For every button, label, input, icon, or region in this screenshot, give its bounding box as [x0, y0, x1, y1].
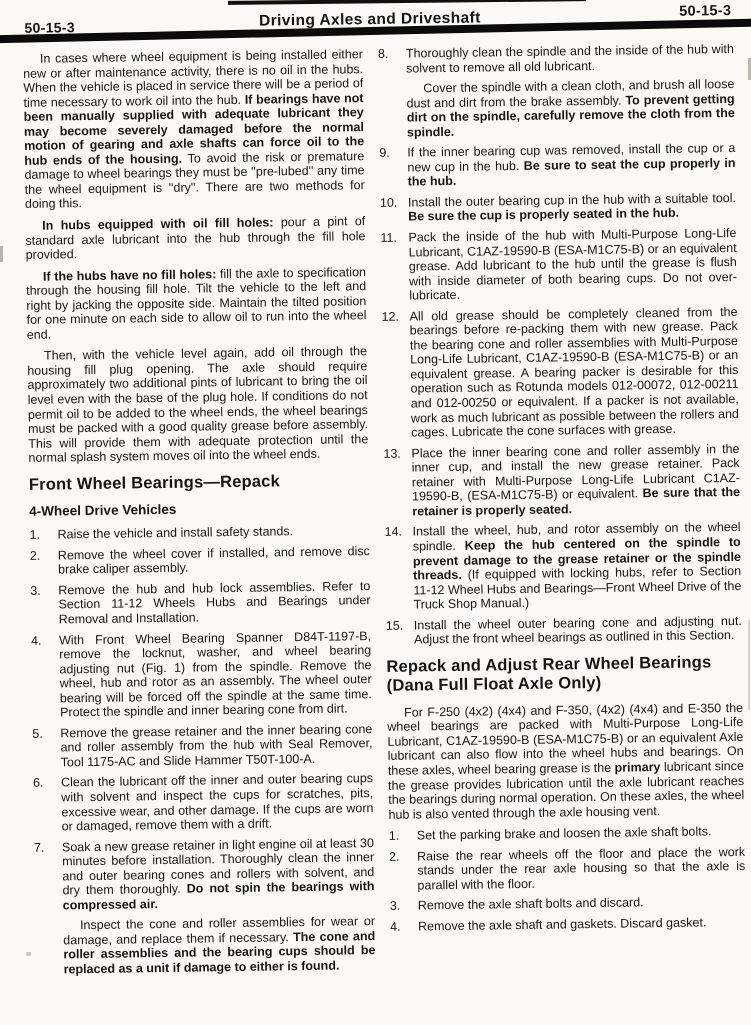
list-item-number: 3.: [390, 899, 418, 914]
list-item-text: Raise the rear wheels off the floor and …: [417, 845, 746, 893]
list-item: 8.Thoroughly clean the spindle and the i…: [378, 42, 735, 140]
header-page-number-right: 50-15-3: [679, 3, 731, 20]
numbered-list: 1.Set the parking brake and loosen the a…: [389, 824, 746, 934]
paragraph: Remove the hub and hub lock assemblies. …: [58, 579, 371, 627]
subsection-heading: 4-Wheel Drive Vehicles: [29, 499, 369, 520]
list-item-number: 2.: [389, 849, 418, 893]
list-item-number: 10.: [380, 195, 408, 224]
paragraph: All old grease should be completely clea…: [409, 305, 739, 440]
body-text: Remove the axle shaft and gaskets. Disca…: [418, 915, 707, 933]
paragraph: Remove the wheel cover if installed, and…: [58, 544, 370, 577]
list-item-number: 12.: [381, 309, 411, 440]
section-heading: Front Wheel Bearings—Repack: [29, 471, 369, 495]
paragraph: Then, with the vehicle level again, add …: [27, 344, 369, 465]
list-item-number: 2.: [30, 548, 58, 577]
page-header: 50-15-3 Driving Axles and Driveshaft 50-…: [0, 0, 746, 45]
body-text: Then, with the vehicle level again, add …: [27, 344, 368, 465]
list-item-text: With Front Wheel Bearing Spanner D84T-11…: [59, 629, 372, 721]
list-item-text: Remove the axle shaft bolts and discard.: [418, 894, 746, 913]
list-item: 1.Set the parking brake and loosen the a…: [389, 824, 745, 844]
paragraph: In hubs equipped with oil fill holes: po…: [25, 214, 366, 262]
body-text: Set the parking brake and loosen the axl…: [417, 824, 712, 842]
body-text: Install the outer bearing cup in the hub…: [408, 191, 736, 210]
body-text: Pack the inside of the hub with Multi-Pu…: [408, 226, 737, 303]
list-item-text: Remove the hub and hub lock assemblies. …: [58, 579, 371, 627]
paragraph: If the hubs have no fill holes: fill the…: [26, 265, 367, 342]
list-item-text: All old grease should be completely clea…: [409, 305, 739, 440]
body-text: Remove the wheel cover if installed, and…: [58, 544, 370, 577]
list-item-number: 7.: [34, 840, 63, 913]
paragraph: Install the wheel, hub, and rotor assemb…: [412, 520, 741, 612]
paragraph: Remove the axle shaft and gaskets. Disca…: [418, 915, 746, 934]
paragraph: Soak a new grease retainer in light engi…: [62, 836, 375, 913]
bold-text: primary: [614, 760, 660, 775]
list-item: 2.Remove the wheel cover if installed, a…: [30, 544, 370, 578]
list-item-number: 15.: [386, 618, 414, 647]
list-item-text: Install the wheel outer bearing cone and…: [414, 614, 742, 648]
paragraph: Install the outer bearing cup in the hub…: [408, 191, 736, 225]
list-item-text: Raise the vehicle and install safety sta…: [57, 523, 369, 542]
list-item-number: 4.: [31, 633, 60, 721]
paragraph: In cases where wheel equipment is being …: [23, 47, 365, 212]
body-text: All old grease should be completely clea…: [409, 305, 739, 440]
paragraph: Install the wheel outer bearing cone and…: [414, 614, 742, 648]
body-text: Install the wheel outer bearing cone and…: [414, 614, 742, 647]
bold-text: Be sure the cup is properly seated in th…: [408, 206, 679, 224]
list-item-text: Clean the lubricant off the inner and ou…: [61, 772, 374, 835]
list-item: 5.Remove the grease retainer and the inn…: [32, 722, 373, 770]
list-item-number: 9.: [379, 146, 408, 190]
list-item-number: 4.: [390, 919, 418, 934]
list-item: 10.Install the outer bearing cup in the …: [380, 191, 736, 225]
list-item-number: 6.: [33, 776, 62, 835]
two-column-layout: In cases where wheel equipment is being …: [0, 42, 751, 985]
list-item-number: 11.: [380, 231, 409, 304]
page-content: 50-15-3 Driving Axles and Driveshaft 50-…: [0, 0, 751, 1025]
paragraph: If the inner bearing cup was removed, in…: [407, 141, 736, 189]
list-item-number: 14.: [384, 525, 413, 613]
paragraph: Pack the inside of the hub with Multi-Pu…: [408, 226, 737, 303]
list-item: 12.All old grease should be completely c…: [381, 305, 739, 441]
body-text: Remove the axle shaft bolts and discard.: [418, 896, 644, 913]
list-item: 15.Install the wheel outer bearing cone …: [386, 614, 742, 648]
list-item-number: 1.: [29, 528, 57, 543]
paragraph: Thoroughly clean the spindle and the ins…: [406, 42, 734, 76]
list-item-text: Place the inner bearing cone and roller …: [411, 442, 740, 519]
body-text: (If equipped with locking hubs, refer to…: [413, 564, 741, 612]
paragraph: Inspect the cone and roller assemblies f…: [63, 914, 376, 977]
list-item-text: Remove the grease retainer and the inner…: [60, 722, 373, 770]
list-item: 3.Remove the axle shaft bolts and discar…: [390, 894, 746, 914]
list-item: 4.Remove the axle shaft and gaskets. Dis…: [390, 915, 746, 935]
list-item-number: 1.: [389, 829, 417, 844]
list-item-number: 8.: [378, 47, 407, 141]
list-item: 7.Soak a new grease retainer in light en…: [34, 836, 375, 913]
body-text: Remove the grease retainer and the inner…: [60, 722, 372, 769]
list-item-text: Remove the axle shaft and gaskets. Disca…: [418, 915, 746, 934]
list-item-number: 5.: [32, 726, 61, 770]
body-text: Raise the rear wheels off the floor and …: [417, 845, 745, 893]
list-item: 4.With Front Wheel Bearing Spanner D84T-…: [31, 629, 372, 721]
list-item-text: Set the parking brake and loosen the axl…: [417, 824, 745, 843]
list-item: 9.If the inner bearing cup was removed, …: [379, 141, 736, 190]
paragraph: With Front Wheel Bearing Spanner D84T-11…: [59, 629, 372, 721]
list-item-text: Remove the wheel cover if installed, and…: [58, 544, 370, 577]
paragraph: For F-250 (4x2) (4x4) and F-350, (4x2) (…: [387, 701, 745, 822]
paragraph: Place the inner bearing cone and roller …: [411, 442, 740, 519]
manual-page: 50-15-3 Driving Axles and Driveshaft 50-…: [0, 0, 751, 1025]
numbered-list: 1.Raise the vehicle and install safety s…: [29, 523, 374, 913]
body-text: With Front Wheel Bearing Spanner D84T-11…: [59, 629, 372, 720]
paragraph: Clean the lubricant off the inner and ou…: [61, 772, 374, 835]
column-left: In cases where wheel equipment is being …: [23, 47, 376, 984]
paragraph: Raise the vehicle and install safety sta…: [57, 523, 369, 542]
paragraph: Remove the grease retainer and the inner…: [60, 722, 373, 770]
list-item-text: Thoroughly clean the spindle and the ins…: [406, 42, 735, 140]
list-item: 3.Remove the hub and hub lock assemblies…: [30, 579, 371, 627]
list-item-text: Soak a new grease retainer in light engi…: [62, 836, 375, 913]
section-heading: Repack and Adjust Rear Wheel Bearings (D…: [386, 653, 743, 697]
list-item-text: If the inner bearing cup was removed, in…: [407, 141, 736, 189]
column-right: 8.Thoroughly clean the spindle and the i…: [378, 42, 747, 979]
body-text: Raise the vehicle and install safety sta…: [57, 524, 293, 541]
paragraph: Set the parking brake and loosen the axl…: [417, 824, 745, 843]
list-item-number: 3.: [30, 583, 59, 627]
paragraph: Remove the axle shaft bolts and discard.: [418, 894, 746, 913]
list-item: 6.Clean the lubricant off the inner and …: [33, 772, 374, 835]
list-item-number: 13.: [383, 446, 412, 519]
list-item: 14.Install the wheel, hub, and rotor ass…: [384, 520, 741, 612]
body-text: Remove the hub and hub lock assemblies. …: [58, 579, 370, 626]
list-item: 1.Raise the vehicle and install safety s…: [29, 523, 369, 542]
body-text: Clean the lubricant off the inner and ou…: [61, 772, 374, 834]
list-item-text: Pack the inside of the hub with Multi-Pu…: [408, 226, 737, 303]
list-item: 11.Pack the inside of the hub with Multi…: [380, 226, 737, 304]
list-item-text: Install the outer bearing cup in the hub…: [408, 191, 736, 225]
paragraph: Cover the spindle with a clean cloth, an…: [406, 77, 735, 140]
numbered-list: 8.Thoroughly clean the spindle and the i…: [378, 42, 742, 648]
paragraph: Raise the rear wheels off the floor and …: [417, 845, 746, 893]
list-item-text: Install the wheel, hub, and rotor assemb…: [412, 520, 741, 612]
list-item: 2.Raise the rear wheels off the floor an…: [389, 845, 746, 894]
list-item: 13.Place the inner bearing cone and roll…: [383, 442, 740, 520]
body-text: Thoroughly clean the spindle and the ins…: [406, 42, 734, 75]
